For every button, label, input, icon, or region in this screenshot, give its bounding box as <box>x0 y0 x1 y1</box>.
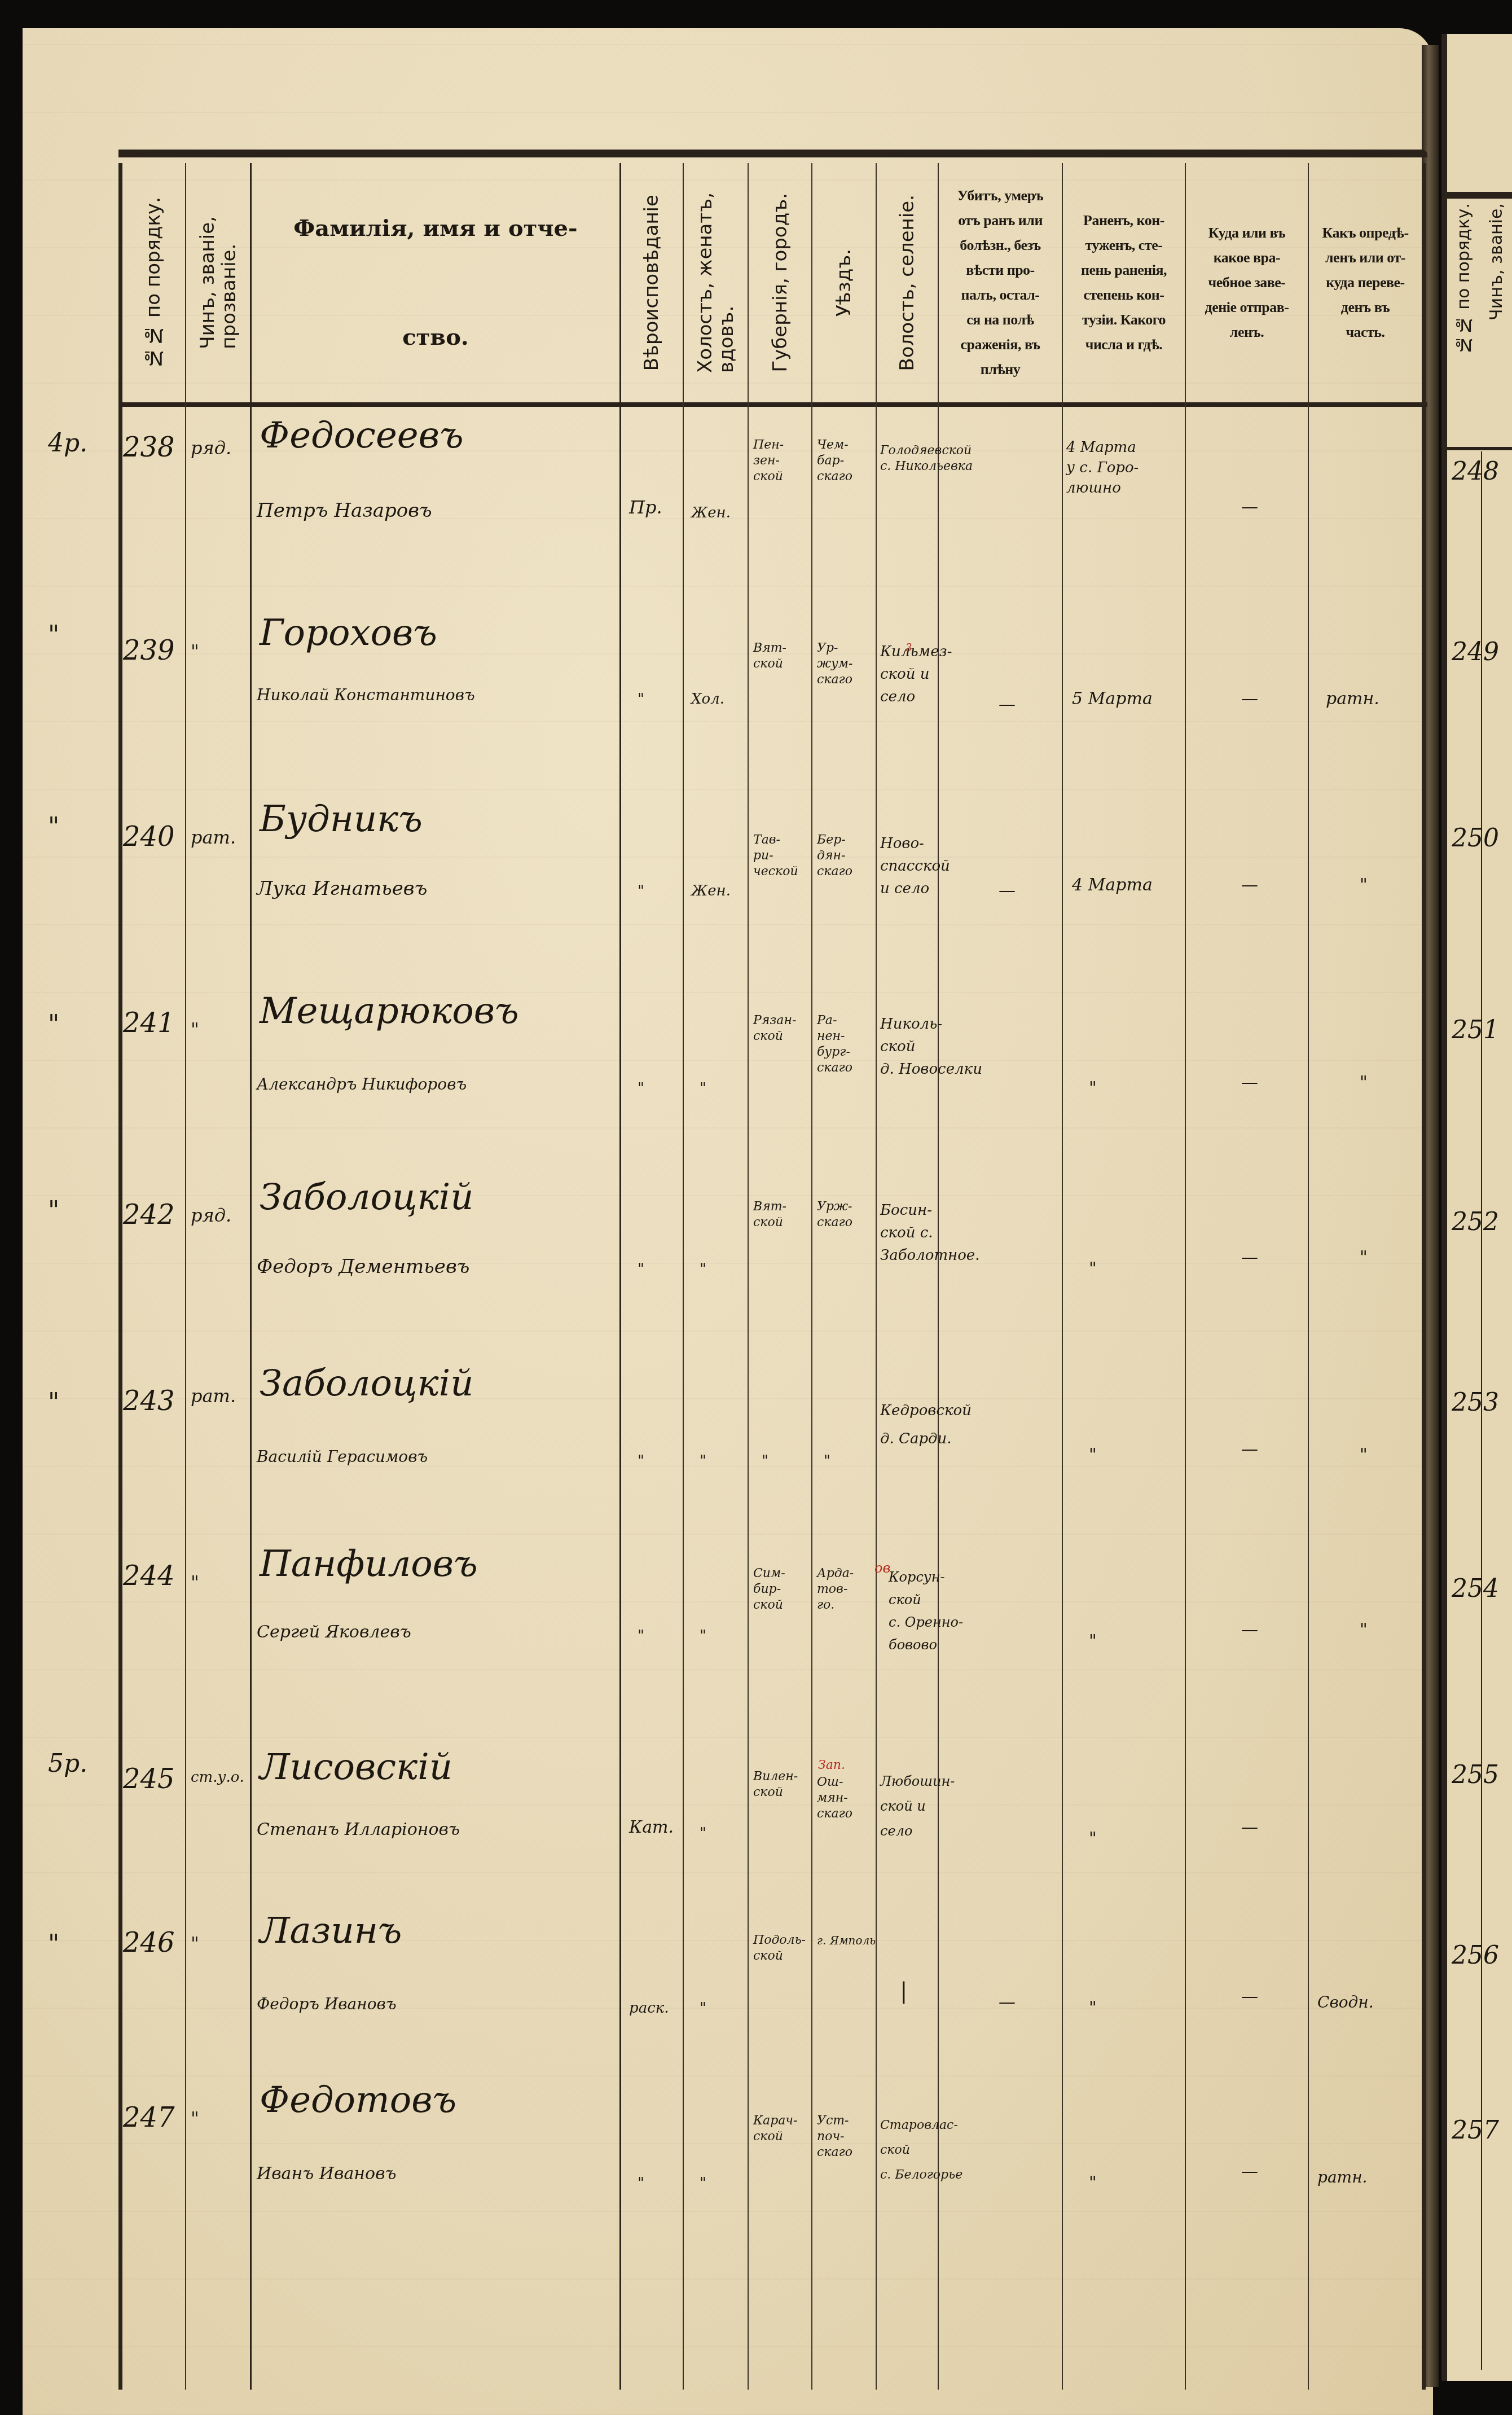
row-volost: Ново- спасской и село <box>880 832 950 900</box>
row-wounded: 5 Марта <box>1072 691 1153 707</box>
row-volost: Кильмез- ской и село <box>880 640 952 708</box>
row-religion: " <box>638 1628 644 1644</box>
row-number: 241 <box>123 1007 175 1039</box>
row-surname: Федотовъ <box>260 2079 456 2121</box>
margin-note: " <box>48 813 59 841</box>
header-num: №№ по порядку. <box>122 163 185 402</box>
margin-note: 5р. <box>48 1749 87 1778</box>
header-bottom-rule <box>118 402 1427 407</box>
row-volost: Босин- ской с. Заболотное. <box>880 1199 980 1267</box>
row-hospital: — <box>1241 1820 1258 1836</box>
row-marital: " <box>700 1825 706 1841</box>
row-transfer: " <box>1360 877 1368 893</box>
row-number: 246 <box>123 1927 175 1959</box>
row-given-name: Федоръ Ивановъ <box>257 1995 397 2013</box>
row-number: 243 <box>123 1385 175 1417</box>
header-transfer: Какъ опредѣ- ленъ или от- куда переве- д… <box>1309 163 1422 402</box>
row-hospital: — <box>1241 1442 1258 1457</box>
row-marital: " <box>700 1628 706 1644</box>
row-uyezd: Уст- поч- скаго <box>817 2113 852 2161</box>
row-rank: ряд. <box>191 437 231 459</box>
row-surname: Заболоцкій <box>260 1363 473 1404</box>
row-volost: Голодяевской с. Никольевка <box>880 443 973 475</box>
row-rank: " <box>191 1571 199 1593</box>
row-hospital: — <box>1241 691 1258 707</box>
right-page-header-num: №№ по порядку. <box>1454 203 1474 354</box>
row-rank: " <box>191 1018 199 1040</box>
row-uyezd: Урж- скаго <box>817 1199 852 1231</box>
row-number: 239 <box>123 635 175 666</box>
row-uyezd: " <box>824 1453 830 1469</box>
row-given-name: Николай Константиновъ <box>257 686 475 704</box>
row-marital: " <box>700 1261 706 1277</box>
right-page-row-number: 254 <box>1452 1574 1499 1603</box>
row-marital: " <box>700 1081 706 1096</box>
row-wounded: " <box>1089 1831 1097 1847</box>
header-wounded: Раненъ, кон- туженъ, сте- пень раненія, … <box>1063 163 1185 402</box>
table-row: 246 " Лазинъ Федоръ Ивановъ раск. " Подо… <box>118 1899 1427 2068</box>
row-marital: Жен. <box>691 505 731 521</box>
row-religion: " <box>638 1081 644 1096</box>
row-wounded: 4 Марта у с. Горо- люшно <box>1066 437 1139 498</box>
row-province: Вят- ской <box>753 1199 786 1231</box>
row-uyezd: Ош- мян- скаго <box>817 1775 852 1822</box>
row-religion: " <box>638 1261 644 1277</box>
red-annotation: 3 <box>906 640 912 656</box>
row-given-name: Сергей Яковлевъ <box>257 1622 411 1642</box>
header-uyezd: Уѣздъ. <box>812 163 876 402</box>
margin-note: " <box>48 1196 59 1225</box>
right-page-row-number: 249 <box>1452 638 1499 666</box>
row-surname: Мещарюковъ <box>260 990 519 1032</box>
row-number: 247 <box>123 2102 175 2133</box>
table-row: 239 " Гороховъ Николай Константиновъ " Х… <box>118 601 1427 787</box>
row-wounded: " <box>1089 1447 1097 1463</box>
right-page-row-number: 255 <box>1452 1760 1499 1789</box>
row-given-name: Василій Герасимовъ <box>257 1447 428 1466</box>
margin-note: " <box>48 1930 59 1959</box>
right-page-row-number: 248 <box>1452 457 1499 486</box>
row-volost: Николь- ской д. Новоселки <box>880 1013 982 1081</box>
table-row: 242 ряд. Заболоцкій Федоръ Дементьевъ " … <box>118 1171 1427 1351</box>
row-hospital: — <box>1241 1075 1258 1091</box>
row-marital: " <box>700 2175 706 2191</box>
row-surname: Заболоцкій <box>260 1176 473 1218</box>
row-religion: " <box>638 691 644 707</box>
table-row: 247 " Федотовъ Иванъ Ивановъ " " Карач- … <box>118 2068 1427 2254</box>
row-uyezd: Ра- нен- бург- скаго <box>817 1013 852 1076</box>
header-name: Фамилія, имя и отче-ство. <box>252 163 619 402</box>
row-uyezd: Чем- бар- скаго <box>817 437 852 485</box>
row-province: Карач- ской <box>753 2113 797 2145</box>
row-uyezd: Ардa- тов- го. <box>817 1566 854 1613</box>
row-transfer: " <box>1360 1075 1368 1091</box>
row-province: " <box>762 1453 768 1469</box>
row-rank: ряд. <box>191 1205 231 1226</box>
register-page-right: №№ по порядку. Чинъ, званіе, 248 249 250… <box>1441 34 1512 2381</box>
header-rank: Чинъ, званіе, прозваніе. <box>186 163 250 402</box>
row-transfer: ратн. <box>1326 691 1379 707</box>
row-number: 238 <box>123 432 175 463</box>
row-number: 242 <box>123 1199 175 1231</box>
row-hospital: — <box>1241 1989 1258 2005</box>
margin-note: " <box>48 621 59 649</box>
row-given-name: Лука Игнатьевъ <box>257 877 427 900</box>
row-volost: Старовлас- ской с. Белогорье <box>880 2113 962 2188</box>
row-surname: Гороховъ <box>260 612 437 654</box>
row-hospital: — <box>1241 499 1258 515</box>
red-annotation: Зап. <box>818 1758 845 1773</box>
header-volost: Волость, селеніе. <box>877 163 938 402</box>
row-religion: " <box>638 1453 644 1469</box>
row-given-name: Александръ Никифоровъ <box>257 1075 467 1094</box>
header-marital: Холостъ, женатъ, вдовъ. <box>684 163 748 402</box>
row-volost: | <box>900 1983 907 1999</box>
row-rank: рат. <box>191 1385 236 1407</box>
right-page-row-number: 252 <box>1452 1207 1499 1236</box>
row-wounded: " <box>1089 2175 1097 2191</box>
row-number: 245 <box>123 1763 175 1795</box>
right-page-row-number: 253 <box>1452 1388 1499 1417</box>
row-transfer: Сводн. <box>1317 1995 1374 2010</box>
row-surname: Будникъ <box>260 798 423 840</box>
row-transfer: ратн. <box>1317 2170 1368 2185</box>
row-province: Сим- бир- ской <box>753 1566 785 1613</box>
table-row: 244 " Панфиловъ Сергей Яковлевъ " " Сим-… <box>118 1538 1427 1724</box>
row-volost: Любошин- ской и село <box>880 1769 955 1843</box>
right-page-row-number: 251 <box>1452 1016 1499 1044</box>
row-number: 240 <box>123 821 175 853</box>
row-hospital: — <box>1241 1622 1258 1638</box>
header-killed: Убитъ, умеръ отъ ранъ или болѣзн., безъ … <box>939 163 1062 402</box>
row-province: Рязан- ской <box>753 1013 796 1044</box>
row-religion: " <box>638 2175 644 2191</box>
row-killed: — <box>999 1995 1016 2010</box>
row-given-name: Степанъ Илларіоновъ <box>257 1820 460 1839</box>
row-religion: " <box>638 883 644 899</box>
table-row: 245 ст.у.о. Лисовскій Степанъ Илларіонов… <box>118 1724 1427 1899</box>
row-transfer: " <box>1360 1250 1368 1266</box>
table-row: 243 рат. Заболоцкій Василій Герасимовъ "… <box>118 1351 1427 1538</box>
right-page-row-number: 250 <box>1452 824 1499 853</box>
row-transfer: " <box>1360 1447 1368 1463</box>
row-killed: — <box>999 883 1016 899</box>
table-row: 240 рат. Будникъ Лука Игнатьевъ " Жен. Т… <box>118 787 1427 979</box>
table-row: 241 " Мещарюковъ Александръ Никифоровъ "… <box>118 979 1427 1171</box>
header-province: Губернія, городъ. <box>749 163 811 402</box>
row-religion: раск. <box>629 2000 669 2016</box>
row-religion: Кат. <box>629 1820 674 1836</box>
margin-note: " <box>48 1010 59 1039</box>
register-table: №№ по порядку. Чинъ, званіе, прозваніе. … <box>118 150 1427 2390</box>
row-hospital: — <box>1241 2164 1258 2180</box>
row-wounded: " <box>1089 2000 1097 2016</box>
right-page-row-number: 257 <box>1452 2116 1499 2145</box>
row-hospital: — <box>1241 1250 1258 1266</box>
row-province: Пен- зен- ской <box>753 437 784 485</box>
row-given-name: Иванъ Ивановъ <box>257 2164 397 2184</box>
row-province: Тав- ри- ческой <box>753 832 798 880</box>
table-top-rule <box>118 150 1427 157</box>
row-killed: — <box>999 697 1016 713</box>
row-wounded: " <box>1089 1261 1097 1277</box>
row-marital: " <box>700 1453 706 1469</box>
table-row: 238 ряд. Федосеевъ Петръ Назаровъ Пр. Же… <box>118 415 1427 601</box>
row-given-name: Федоръ Дементьевъ <box>257 1255 469 1278</box>
row-uyezd: Бер- дян- скаго <box>817 832 852 880</box>
row-rank: " <box>191 640 199 662</box>
row-wounded: " <box>1089 1081 1097 1096</box>
margin-note: " <box>48 1388 59 1417</box>
row-rank: рат. <box>191 827 236 848</box>
row-surname: Лисовскій <box>260 1746 452 1788</box>
row-marital: Жен. <box>691 883 731 899</box>
row-volost: Кедровской д. Сарди. <box>880 1397 972 1453</box>
row-province: Вят- ской <box>753 640 786 672</box>
row-rank: ст.у.о. <box>191 1769 244 1786</box>
header-religion: Вѣроисповѣданіе <box>621 163 683 402</box>
row-surname: Лазинъ <box>260 1910 402 1952</box>
row-rank: " <box>191 1933 199 1954</box>
right-page-header-rank: Чинъ, званіе, <box>1487 203 1506 320</box>
row-uyezd: Ур- жум- скаго <box>817 640 852 688</box>
right-page-row-number: 256 <box>1452 1941 1499 1970</box>
row-marital: " <box>700 2000 706 2016</box>
row-uyezd: г. Ямполь <box>817 1933 876 1948</box>
row-transfer: " <box>1360 1622 1368 1638</box>
row-rank: " <box>191 2107 199 2129</box>
row-province: Вилен- ской <box>753 1769 798 1801</box>
row-religion: Пр. <box>629 499 662 515</box>
row-given-name: Петръ Назаровъ <box>257 499 432 522</box>
row-wounded: 4 Марта <box>1072 877 1153 893</box>
row-province: Подоль- ской <box>753 1933 806 1964</box>
row-volost: Корсун- ской с. Оренно- бовово <box>889 1566 963 1656</box>
margin-note: 4р. <box>48 429 87 458</box>
header-hospital: Куда или въ какое вра- чебное заве- дені… <box>1186 163 1308 402</box>
row-hospital: — <box>1241 877 1258 893</box>
row-surname: Панфиловъ <box>260 1543 478 1585</box>
row-number: 244 <box>123 1560 175 1592</box>
row-marital: Хол. <box>691 691 724 707</box>
row-wounded: " <box>1089 1634 1097 1649</box>
row-surname: Федосеевъ <box>260 415 464 456</box>
